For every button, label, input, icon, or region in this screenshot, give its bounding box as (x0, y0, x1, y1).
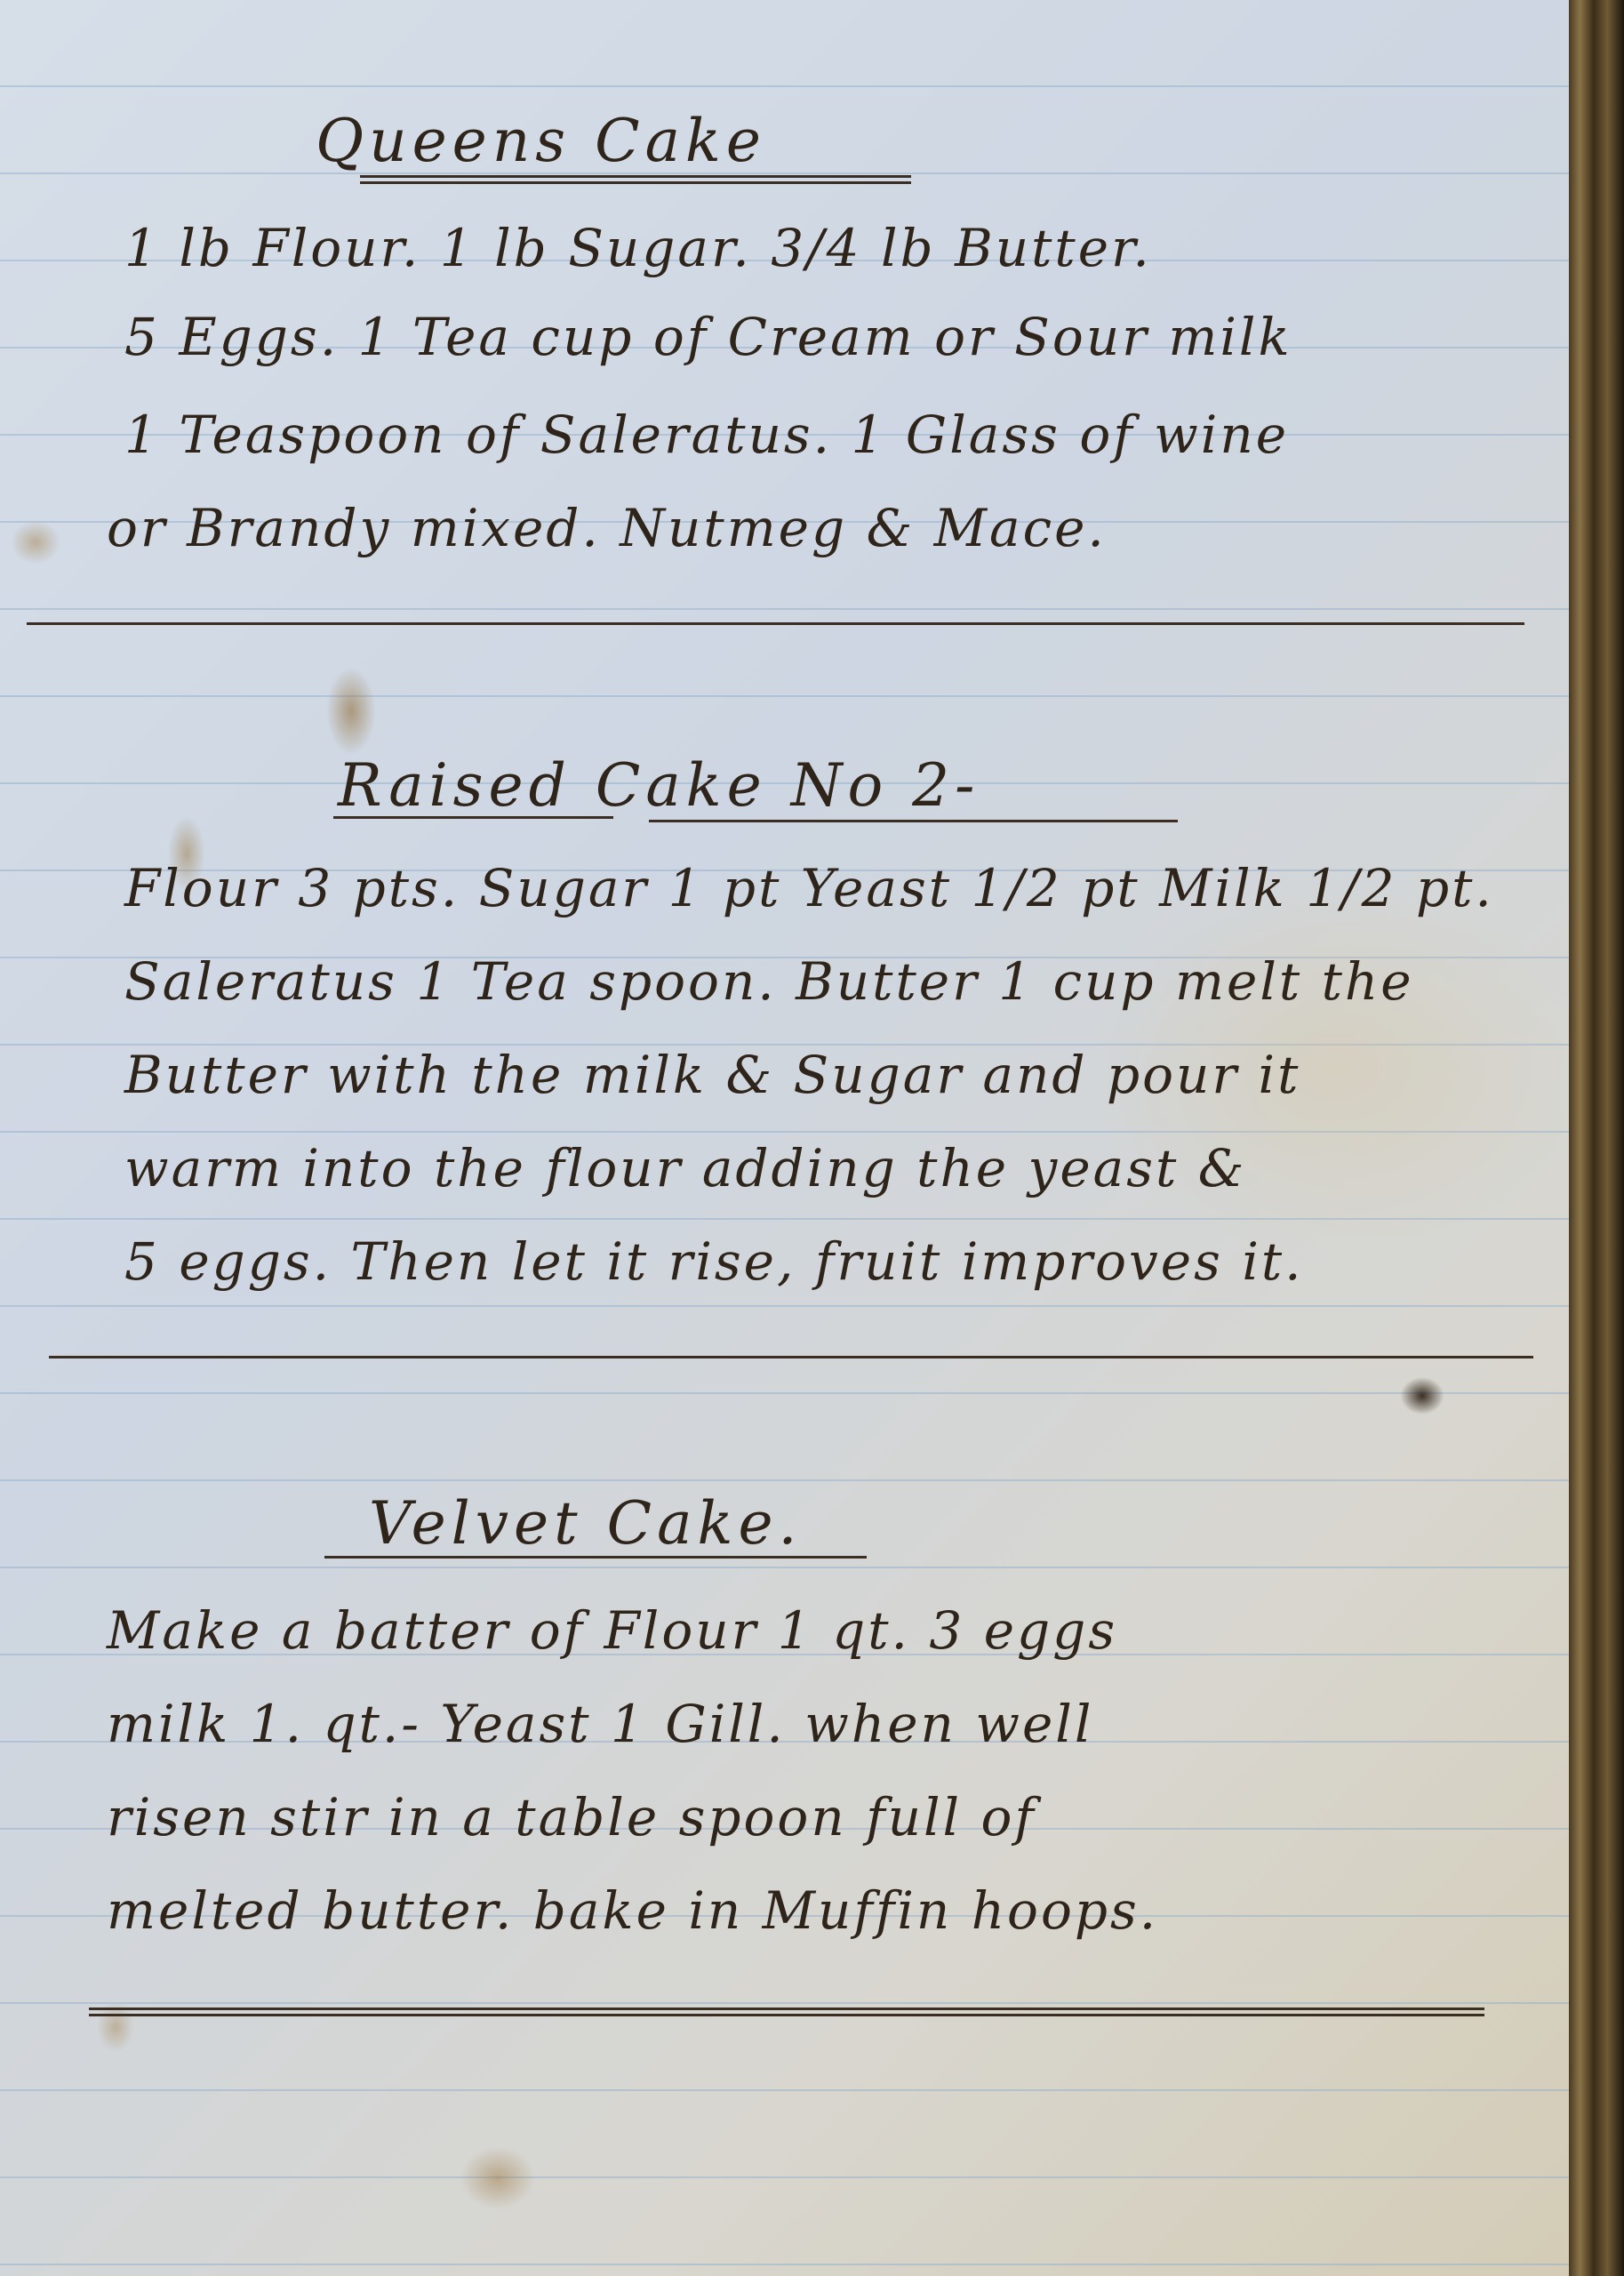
recipe-line: milk 1. qt.- Yeast 1 Gill. when well (107, 1694, 1093, 1754)
recipe-line: melted butter. bake in Muffin hoops. (107, 1880, 1158, 1941)
title-underline (324, 1556, 867, 1559)
recipe-line: Make a batter of Flour 1 qt. 3 eggs (107, 1600, 1117, 1661)
recipe-line: risen stir in a table spoon full of (107, 1787, 1036, 1847)
title-underline (360, 175, 911, 184)
recipe-title-velvet-cake: Velvet Cake. (369, 1489, 803, 1558)
recipe-line: Butter with the milk & Sugar and pour it (124, 1045, 1300, 1105)
recipe-line: 5 Eggs. 1 Tea cup of Cream or Sour milk (124, 307, 1292, 367)
recipe-line: warm into the flour adding the yeast & (124, 1138, 1246, 1198)
book-spine-edge (1569, 0, 1624, 2276)
recipe-book-page: Queens Cake 1 lb Flour. 1 lb Sugar. 3/4 … (0, 0, 1569, 2276)
recipe-line: or Brandy mixed. Nutmeg & Mace. (107, 498, 1107, 558)
title-underline (649, 820, 1178, 822)
recipe-title-raised-cake: Raised Cake No 2- (338, 751, 980, 820)
recipe-line: 1 lb Flour. 1 lb Sugar. 3/4 lb Butter. (124, 218, 1152, 278)
recipe-line: 1 Teaspoon of Saleratus. 1 Glass of wine (124, 405, 1289, 465)
recipe-line: Flour 3 pts. Sugar 1 pt Yeast 1/2 pt Mil… (124, 858, 1494, 918)
section-divider (89, 2008, 1484, 2016)
recipe-line: Saleratus 1 Tea spoon. Butter 1 cup melt… (124, 951, 1414, 1012)
recipe-title-queens-cake: Queens Cake (316, 107, 766, 175)
section-divider (27, 622, 1524, 625)
section-divider (49, 1356, 1533, 1358)
title-underline (333, 816, 613, 819)
recipe-line: 5 eggs. Then let it rise, fruit improves… (124, 1231, 1304, 1292)
